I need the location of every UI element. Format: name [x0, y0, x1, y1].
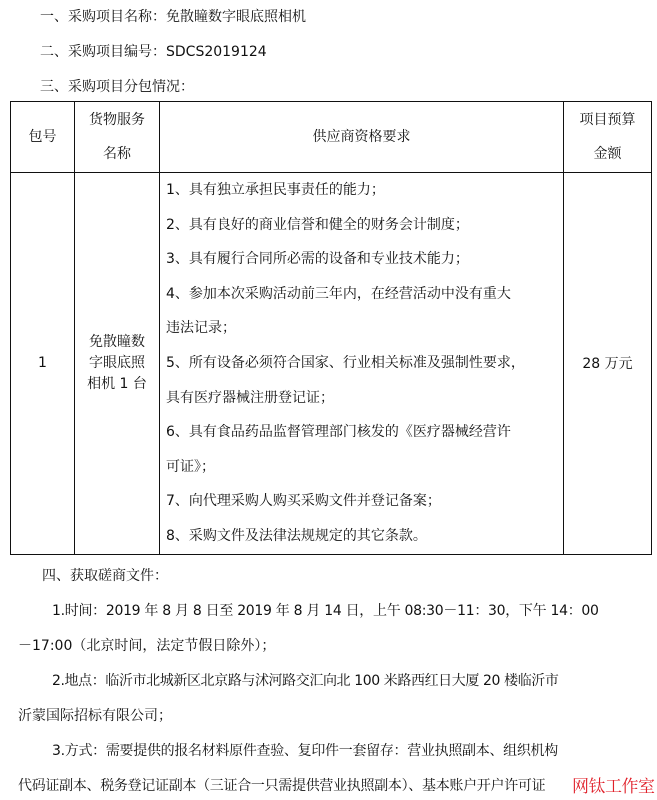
requirement-line: 4、参加本次采购活动前三年内，在经营活动中没有重大 — [166, 277, 559, 312]
header-goods-name: 货物服务 名称 — [75, 102, 160, 173]
goods-name-line: 字眼底照 — [78, 353, 156, 374]
requirements-cell: 1、具有独立承担民事责任的能力； 2、具有良好的商业信誉和健全的财务会计制度； … — [160, 173, 564, 555]
header-package-no: 包号 — [11, 102, 75, 173]
requirement-line: 具有医疗器械注册登记证； — [166, 381, 559, 416]
section4-title: 四、获取磋商文件： — [42, 566, 168, 586]
place-line1: 2.地点：临沂市北城新区北京路与沭河路交汇向北 100 米路西红日大厦 20 楼… — [52, 671, 559, 691]
project-number: 二、采购项目编号：SDCS2019124 — [40, 42, 267, 62]
requirement-line: 7、向代理采购人购买采购文件并登记备案； — [166, 484, 559, 519]
requirement-line: 3、具有履行合同所必需的设备和专业技术能力； — [166, 242, 559, 277]
header-goods-name-line2: 名称 — [75, 137, 159, 171]
requirement-line: 1、具有独立承担民事责任的能力； — [166, 173, 559, 208]
header-goods-name-line1: 货物服务 — [75, 103, 159, 137]
header-budget-line1: 项目预算 — [564, 103, 651, 137]
method-line2: 代码证副本、税务登记证副本（三证合一只需提供营业执照副本）、基本账户开户许可证 — [18, 776, 545, 796]
requirement-line: 8、采购文件及法律法规规定的其它条款。 — [166, 519, 559, 554]
project-name: 一、采购项目名称：免散瞳数字眼底照相机 — [40, 7, 306, 27]
requirement-line: 违法记录； — [166, 311, 559, 346]
watermark: 网钛工作室 — [572, 777, 655, 797]
requirement-line: 可证》； — [166, 450, 559, 485]
package-table: 包号 货物服务 名称 供应商资格要求 项目预算 金额 1 免散瞳数 字眼底照 相… — [10, 101, 652, 555]
method-line1: 3.方式：需要提供的报名材料原件查验、复印件一套留存：营业执照副本、组织机构 — [52, 741, 558, 761]
table-row: 1 免散瞳数 字眼底照 相机 1 台 1、具有独立承担民事责任的能力； 2、具有… — [11, 173, 652, 555]
goods-name-cell: 免散瞳数 字眼底照 相机 1 台 — [75, 173, 160, 555]
place-line2: 沂蒙国际招标有限公司； — [18, 706, 172, 726]
requirement-line: 5、所有设备必须符合国家、行业相关标准及强制性要求， — [166, 346, 559, 381]
time-line1: 1.时间：2019 年 8 月 8 日至 2019 年 8 月 14 日，上午 … — [52, 601, 599, 621]
header-requirements: 供应商资格要求 — [160, 102, 564, 173]
header-budget: 项目预算 金额 — [564, 102, 652, 173]
header-budget-line2: 金额 — [564, 137, 651, 171]
budget-cell: 28 万元 — [564, 173, 652, 555]
time-line2: －17:00（北京时间，法定节假日除外）； — [18, 636, 275, 656]
requirement-line: 6、具有食品药品监督管理部门核发的《医疗器械经营许 — [166, 415, 559, 450]
package-number-cell: 1 — [11, 173, 75, 555]
package-heading: 三、采购项目分包情况： — [40, 77, 194, 97]
goods-name-line: 免散瞳数 — [78, 332, 156, 353]
table-header-row: 包号 货物服务 名称 供应商资格要求 项目预算 金额 — [11, 102, 652, 173]
goods-name-line: 相机 1 台 — [78, 374, 156, 395]
requirement-line: 2、具有良好的商业信誉和健全的财务会计制度； — [166, 208, 559, 243]
